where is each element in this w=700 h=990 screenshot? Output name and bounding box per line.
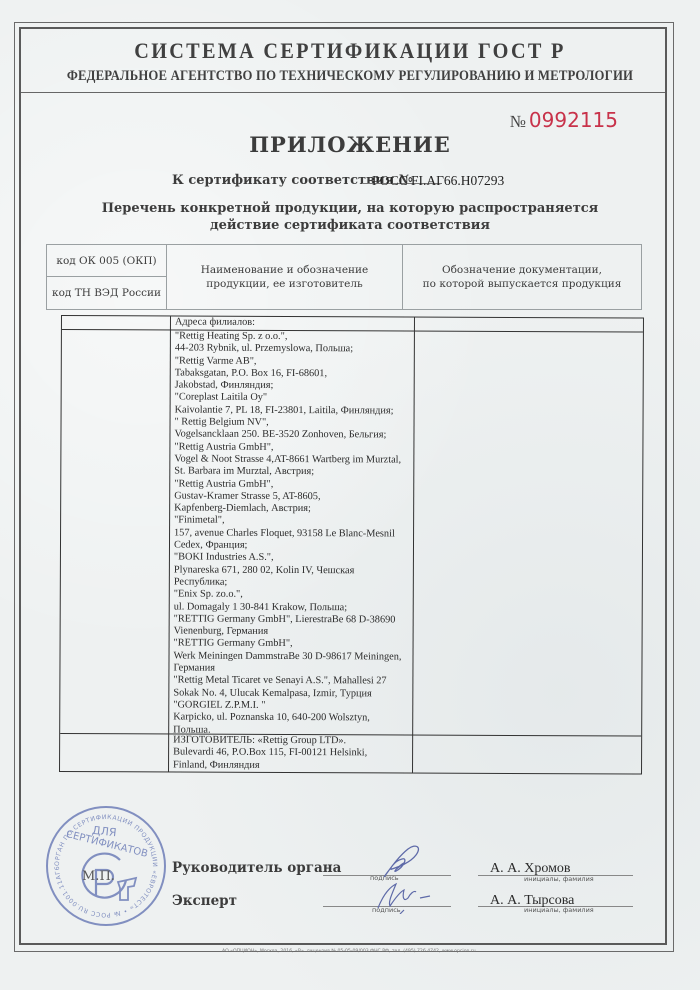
agency-name: ФЕДЕРАЛЬНОЕ АГЕНТСТВО ПО ТЕХНИЧЕСКОМУ РЕ… <box>42 68 658 85</box>
branch-addresses-heading: Адреса филиалов: <box>175 316 255 329</box>
branch-address-line: Tabaksgatan, P.O. Box 16, FI-68601, <box>175 367 403 380</box>
seal-place-label: М.П. <box>82 869 115 884</box>
branch-address-line: Vogel & Noot Strasse 4,AT-8661 Wartberg … <box>174 453 402 466</box>
header-tn-ved-code: код ТН ВЭД России <box>47 277 167 309</box>
header-documentation-line1: Обозначение документации, <box>423 263 622 277</box>
expert-signature-scribble <box>374 880 436 914</box>
expert-name-caption: инициалы, фамилия <box>524 906 594 914</box>
product-list-heading-line1: Перечень конкретной продукции, на котору… <box>0 200 700 217</box>
branch-address-line: "RETTIG Germany GmbH", <box>174 638 402 651</box>
header-product-name-line2: продукции, ее изготовитель <box>201 277 369 291</box>
official-seal-stamp: ОРГАН ПО СЕРТИФИКАЦИИ ПРОДУКЦИИ «ЕВРОТЕС… <box>46 806 166 926</box>
branch-address-line: 157, avenue Charles Floquet, 93158 Le Bl… <box>174 527 402 540</box>
branch-address-line: Plynareska 671, 280 02, Kolin IV, Чешска… <box>174 564 402 577</box>
product-list-heading: Перечень конкретной продукции, на котору… <box>0 200 700 234</box>
branch-address-line: Gustav-Kramer Strasse 5, AT-8605, <box>174 490 402 503</box>
printer-imprint: АО «ОПЦИОН», Москва, 2016, «В». лицензия… <box>222 949 476 954</box>
branch-address-line: "RETTIG Germany GmbH", LierestraBe 68 D-… <box>174 613 402 626</box>
form-number: №0992115 <box>510 108 618 132</box>
branch-address-line: "Rettig Heating Sp. z o.o.", <box>175 330 403 343</box>
header-product-name-line1: Наименование и обозначение <box>201 263 369 277</box>
branch-address-line: "Coreplast Laitila Oy" <box>175 392 403 405</box>
head-name-caption: инициалы, фамилия <box>524 875 594 883</box>
branch-address-line: Vogelsancklaan 250. BE-3520 Zonhoven, Бе… <box>174 429 402 442</box>
branch-address-line: Kaivolantie 7, PL 18, FI-23801, Laitila,… <box>175 404 403 417</box>
certificate-number: РОСС FI.АГ66.Н07293 <box>372 173 512 189</box>
head-signature-scribble <box>378 843 428 881</box>
branch-address-line: ul. Domagaly 1 30-841 Krakow, Польша; <box>174 601 402 614</box>
manufacturer-line: ИЗГОТОВИТЕЛЬ: «Rettig Group LTD». <box>173 734 367 747</box>
branch-address-line: "Rettig Austria GmbH", <box>174 441 402 454</box>
manufacturer-line: Finland, Финляндия <box>173 759 367 772</box>
branch-address-line: St. Barbara im Murztal, Австрия; <box>174 466 402 479</box>
expert-label: Эксперт <box>172 893 237 909</box>
branch-address-line: Германия <box>173 663 401 676</box>
manufacturer-line: Bulevardi 46, P.O.Box 115, FI-00121 Hels… <box>173 747 367 760</box>
product-list-heading-line2: действие сертификата соответствия <box>0 217 700 234</box>
branch-address-line: 44-203 Rybnik, ul. Przemyslowa, Польша; <box>175 343 403 356</box>
certification-system-title: СИСТЕМА СЕРТИФИКАЦИИ ГОСТ Р <box>28 38 672 64</box>
header-product-name: Наименование и обозначение продукции, ее… <box>167 245 403 309</box>
appendix-title: ПРИЛОЖЕНИЕ <box>0 132 700 157</box>
branch-address-line: Республика; <box>174 576 402 589</box>
branch-addresses-list: "Rettig Heating Sp. z o.o.",44-203 Rybni… <box>173 330 403 737</box>
header-documentation: Обозначение документации, по которой вып… <box>403 245 641 309</box>
branch-address-line: Cedex, Франция; <box>174 540 402 553</box>
branch-address-line: "Rettig Austria GmbH", <box>174 478 402 491</box>
branch-address-line: " Rettig Belgium NV", <box>175 417 403 430</box>
branch-address-line: Werk Meiningen DammstraBe 30 D-98617 Mei… <box>173 650 401 663</box>
branch-address-line: "Rettig Varme AB", <box>175 355 403 368</box>
header-documentation-line2: по которой выпускается продукция <box>423 277 622 291</box>
branch-address-line: Vienenburg, Германия <box>174 626 402 639</box>
branch-address-line: "Rettig Metal Ticaret ve Senayi A.S.", M… <box>173 675 401 688</box>
column-header-table: код ОК 005 (ОКП) код ТН ВЭД России Наиме… <box>46 244 642 310</box>
branch-address-line: "Enix Sp. zo.o.", <box>174 589 402 602</box>
number-sign: № <box>510 112 526 131</box>
branch-address-line: "GORGIEL Z.P.M.I. " <box>173 699 401 712</box>
form-number-value: 0992115 <box>529 108 618 132</box>
branch-address-line: "BOKI Industries A.S.", <box>174 552 402 565</box>
table-column-divider <box>412 318 415 773</box>
branch-address-line: Jakobstad, Финляндия; <box>175 380 403 393</box>
branch-address-line: "Finimetal", <box>174 515 402 528</box>
manufacturer-info: ИЗГОТОВИТЕЛЬ: «Rettig Group LTD».Bulevar… <box>173 734 367 772</box>
branch-address-line: Karpicko, ul. Poznanska 10, 640-200 Wols… <box>173 712 401 725</box>
header-okp-code: код ОК 005 (ОКП) <box>47 245 167 277</box>
branch-address-line: Kapfenberg-Diemlach, Австрия; <box>174 503 402 516</box>
header-divider <box>21 92 665 93</box>
head-of-body-label: Руководитель органа <box>172 860 341 876</box>
table-column-divider <box>168 316 171 771</box>
branch-address-line: Sokak No. 4, Ulucak Kemalpasa, Izmir, Ту… <box>173 687 401 700</box>
typed-product-table: Адреса филиалов: "Rettig Heating Sp. z o… <box>59 315 644 775</box>
